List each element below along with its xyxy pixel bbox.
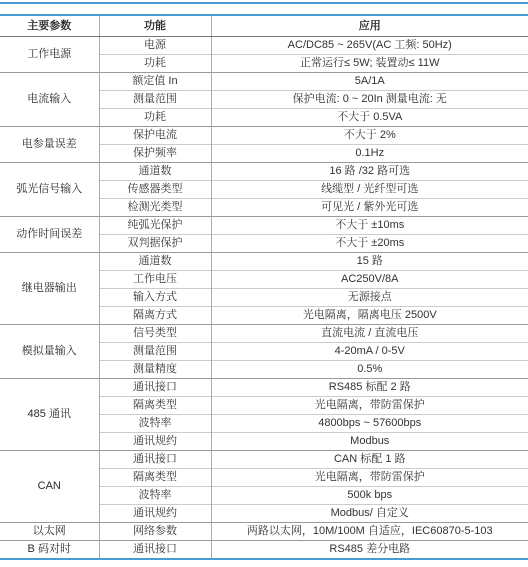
header-application: 应用: [211, 15, 528, 37]
application-cell: Modbus: [211, 433, 528, 451]
function-cell: 保护频率: [99, 145, 211, 163]
function-cell: 隔离类型: [99, 397, 211, 415]
function-cell: 传感器类型: [99, 181, 211, 199]
param-group-cell: B 码对时: [0, 541, 99, 560]
function-cell: 测量范围: [99, 91, 211, 109]
function-cell: 通讯接口: [99, 379, 211, 397]
table-row: 电流输入额定值 In5A/1A: [0, 73, 528, 91]
application-cell: 15 路: [211, 253, 528, 271]
spec-sheet-page: 主要参数 功能 应用 工作电源电源AC/DC85 ~ 265V(AC 工频: 5…: [0, 0, 528, 567]
application-cell: AC250V/8A: [211, 271, 528, 289]
table-row: 电参量误差保护电流不大于 2%: [0, 127, 528, 145]
application-cell: RS485 差分电路: [211, 541, 528, 560]
application-cell: 4800bps ~ 57600bps: [211, 415, 528, 433]
application-cell: 不大于 ±10ms: [211, 217, 528, 235]
function-cell: 通道数: [99, 163, 211, 181]
application-cell: 不大于 ±20ms: [211, 235, 528, 253]
top-divider-line: [0, 2, 528, 4]
table-row: 485 通讯通讯接口RS485 标配 2 路: [0, 379, 528, 397]
table-row: 动作时间误差纯弧光保护不大于 ±10ms: [0, 217, 528, 235]
function-cell: 保护电流: [99, 127, 211, 145]
application-cell: 线缆型 / 光纤型可选: [211, 181, 528, 199]
header-function: 功能: [99, 15, 211, 37]
application-cell: RS485 标配 2 路: [211, 379, 528, 397]
param-group-cell: 工作电源: [0, 37, 99, 73]
param-group-cell: 继电器输出: [0, 253, 99, 325]
function-cell: 波特率: [99, 487, 211, 505]
function-cell: 工作电压: [99, 271, 211, 289]
param-group-cell: 弧光信号输入: [0, 163, 99, 217]
application-cell: 光电隔离，带防雷保护: [211, 397, 528, 415]
function-cell: 隔离类型: [99, 469, 211, 487]
function-cell: 通讯接口: [99, 451, 211, 469]
function-cell: 通讯规约: [99, 505, 211, 523]
function-cell: 纯弧光保护: [99, 217, 211, 235]
function-cell: 通讯规约: [99, 433, 211, 451]
table-row: CAN通讯接口CAN 标配 1 路: [0, 451, 528, 469]
application-cell: 正常运行≤ 5W; 装置动≤ 11W: [211, 55, 528, 73]
table-row: 弧光信号输入通道数16 路 /32 路可选: [0, 163, 528, 181]
function-cell: 波特率: [99, 415, 211, 433]
param-group-cell: 以太网: [0, 523, 99, 541]
param-group-cell: 电参量误差: [0, 127, 99, 163]
table-row: 以太网网络参数两路以太网，10M/100M 自适应，IEC60870-5-103: [0, 523, 528, 541]
application-cell: 4-20mA / 0-5V: [211, 343, 528, 361]
application-cell: 保护电流: 0 ~ 20In 测量电流: 无: [211, 91, 528, 109]
header-main-param: 主要参数: [0, 15, 99, 37]
function-cell: 额定值 In: [99, 73, 211, 91]
application-cell: 光电隔离，带防雷保护: [211, 469, 528, 487]
function-cell: 网络参数: [99, 523, 211, 541]
function-cell: 电源: [99, 37, 211, 55]
application-cell: 无源接点: [211, 289, 528, 307]
function-cell: 隔离方式: [99, 307, 211, 325]
function-cell: 测量范围: [99, 343, 211, 361]
application-cell: 可见光 / 紫外光可选: [211, 199, 528, 217]
application-cell: 500k bps: [211, 487, 528, 505]
application-cell: 不大于 0.5VA: [211, 109, 528, 127]
table-row: B 码对时通讯接口RS485 差分电路: [0, 541, 528, 560]
application-cell: 两路以太网，10M/100M 自适应，IEC60870-5-103: [211, 523, 528, 541]
function-cell: 输入方式: [99, 289, 211, 307]
param-group-cell: 模拟量输入: [0, 325, 99, 379]
table-row: 工作电源电源AC/DC85 ~ 265V(AC 工频: 50Hz): [0, 37, 528, 55]
param-group-cell: 动作时间误差: [0, 217, 99, 253]
function-cell: 信号类型: [99, 325, 211, 343]
function-cell: 测量精度: [99, 361, 211, 379]
table-row: 继电器输出通道数15 路: [0, 253, 528, 271]
application-cell: Modbus/ 自定义: [211, 505, 528, 523]
application-cell: 不大于 2%: [211, 127, 528, 145]
application-cell: 光电隔离，隔离电压 2500V: [211, 307, 528, 325]
application-cell: 0.5%: [211, 361, 528, 379]
header-row: 主要参数 功能 应用: [0, 15, 528, 37]
spec-table: 主要参数 功能 应用 工作电源电源AC/DC85 ~ 265V(AC 工频: 5…: [0, 14, 528, 560]
param-group-cell: 485 通讯: [0, 379, 99, 451]
function-cell: 功耗: [99, 55, 211, 73]
function-cell: 双判据保护: [99, 235, 211, 253]
param-group-cell: CAN: [0, 451, 99, 523]
application-cell: 0.1Hz: [211, 145, 528, 163]
function-cell: 检测光类型: [99, 199, 211, 217]
function-cell: 通讯接口: [99, 541, 211, 560]
application-cell: CAN 标配 1 路: [211, 451, 528, 469]
application-cell: AC/DC85 ~ 265V(AC 工频: 50Hz): [211, 37, 528, 55]
table-row: 模拟量输入信号类型直流电流 / 直流电压: [0, 325, 528, 343]
application-cell: 直流电流 / 直流电压: [211, 325, 528, 343]
param-group-cell: 电流输入: [0, 73, 99, 127]
application-cell: 5A/1A: [211, 73, 528, 91]
function-cell: 通道数: [99, 253, 211, 271]
application-cell: 16 路 /32 路可选: [211, 163, 528, 181]
function-cell: 功耗: [99, 109, 211, 127]
